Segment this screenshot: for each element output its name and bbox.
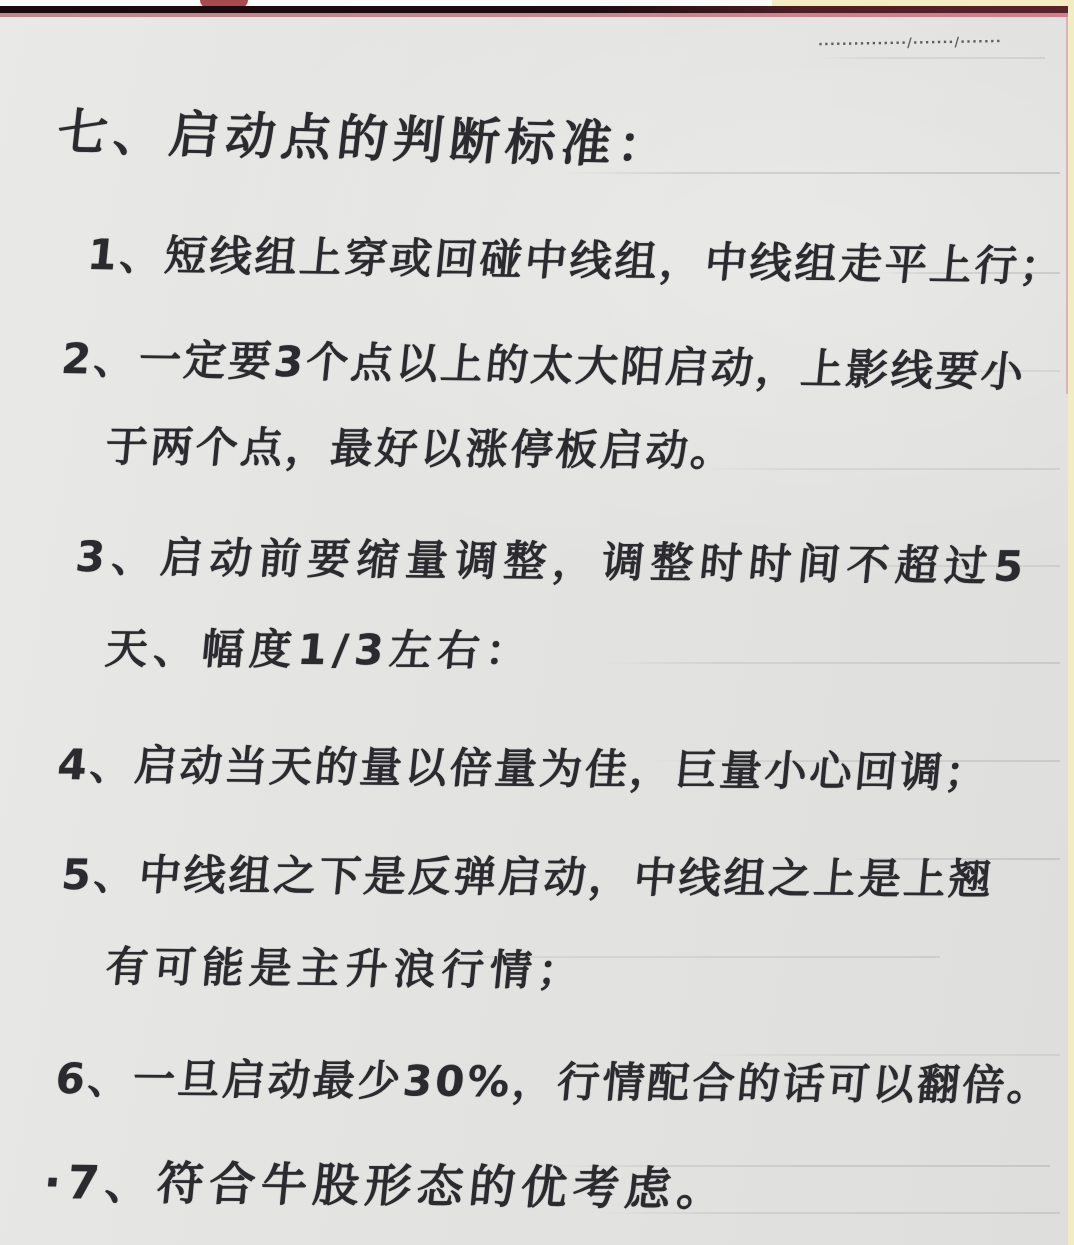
note-line-3: 于两个点，最好以涨停板启动。 [103, 414, 739, 478]
note-line-2: 2、一定要3个点以上的太大阳启动，上影线要小 [59, 326, 1029, 399]
note-title: 七、启动点的判断标准： [54, 92, 678, 178]
note-line-8: 有可能是主升浪行情； [103, 934, 589, 998]
note-line-1: 1、短线组上穿或回碰中线组，中线组走平上行； [85, 222, 1068, 294]
note-line-7: 5、中线组之下是反弹启动，中线组之上是上翘 [59, 842, 997, 907]
note-line-5: 天、幅度1/3左右： [103, 616, 536, 678]
ruled-line [700, 468, 1060, 470]
ruled-line [815, 57, 1045, 59]
note-line-4: 3、启动前要缩量调整，调整时时间不超过5 [73, 524, 1033, 594]
date-line: ···············/·······/······· [818, 34, 1002, 52]
ruled-line [600, 662, 1060, 664]
note-line-10: ·7、符合牛股形态的优考虑。 [41, 1146, 733, 1219]
note-line-6: 4、启动当天的量以倍量为佳，巨量小心回调； [55, 732, 993, 800]
note-line-9: 6、一旦启动最少30%，行情配合的话可以翻倍。 [53, 1046, 1055, 1113]
top-border-dark [0, 6, 1074, 13]
notebook-photo: ···············/·······/······· 七、启动点的判断… [0, 0, 1074, 1245]
top-border-pink [0, 13, 1074, 17]
right-edge-border [1068, 0, 1074, 1245]
right-edge-pink-line [1066, 14, 1068, 394]
